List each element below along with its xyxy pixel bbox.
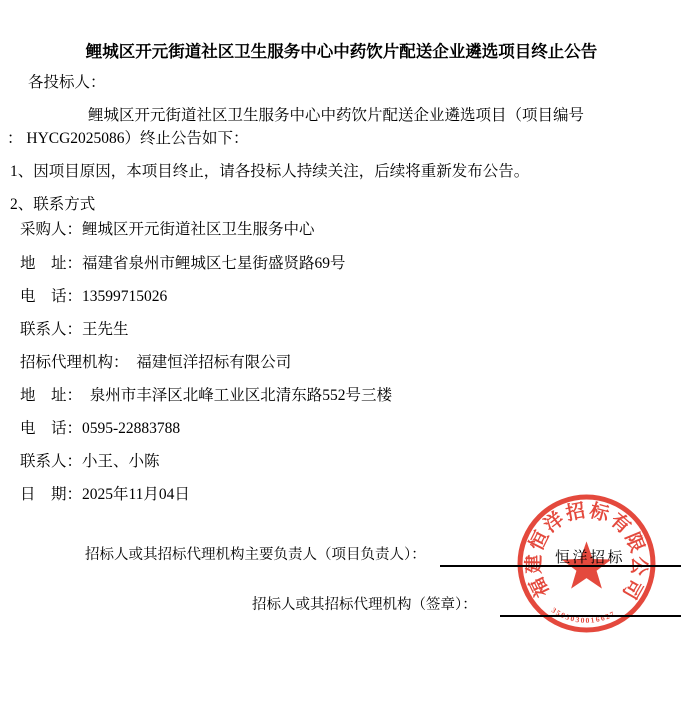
date-line: 日 期：2025年11月04日 [20, 486, 190, 504]
seal-star-icon [562, 541, 612, 588]
signature-agency-label: 招标人或其招标代理机构（签章）： [252, 597, 477, 614]
purchaser-phone: 电 话：13599715026 [20, 288, 167, 306]
notice-item-termination: 1、因项目原因，本项目终止，请各投标人持续关注，后续将重新发布公告。 [10, 163, 529, 181]
purchaser-address: 地 址：福建省泉州市鲤城区七星街盛贤路69号 [20, 255, 346, 273]
agency-phone: 电 话：0595-22883788 [20, 420, 180, 438]
page-title: 鲤城区开元街道社区卫生服务中心中药饮片配送企业遴选项目终止公告 [0, 38, 683, 62]
company-seal: 福建恒洋招标有限公司 3505030016627 [514, 491, 659, 636]
agency-address: 地 址： 泉州市丰泽区北峰工业区北清东路552号三楼 [20, 387, 392, 405]
announcement-document: 鲤城区开元街道社区卫生服务中心中药饮片配送企业遴选项目终止公告 各投标人： 鲤城… [0, 0, 683, 717]
salutation: 各投标人： [28, 74, 106, 92]
notice-item-contact-heading: 2、联系方式 [10, 196, 95, 214]
signature-leader-label: 招标人或其招标代理机构主要负责人（项目负责人）： [85, 547, 426, 564]
agency-name: 招标代理机构： 福建恒洋招标有限公司 [20, 354, 291, 372]
purchaser-name: 采购人：鲤城区开元街道社区卫生服务中心 [20, 221, 315, 239]
company-seal-graphic: 福建恒洋招标有限公司 3505030016627 [514, 491, 659, 636]
agency-contact: 联系人：小王、小陈 [20, 453, 160, 471]
intro-line-2: ： HYCG2025086）终止公告如下： [7, 130, 249, 148]
purchaser-contact: 联系人：王先生 [20, 321, 129, 339]
intro-line-1: 鲤城区开元街道社区卫生服务中心中药饮片配送企业遴选项目（项目编号 [88, 107, 584, 125]
